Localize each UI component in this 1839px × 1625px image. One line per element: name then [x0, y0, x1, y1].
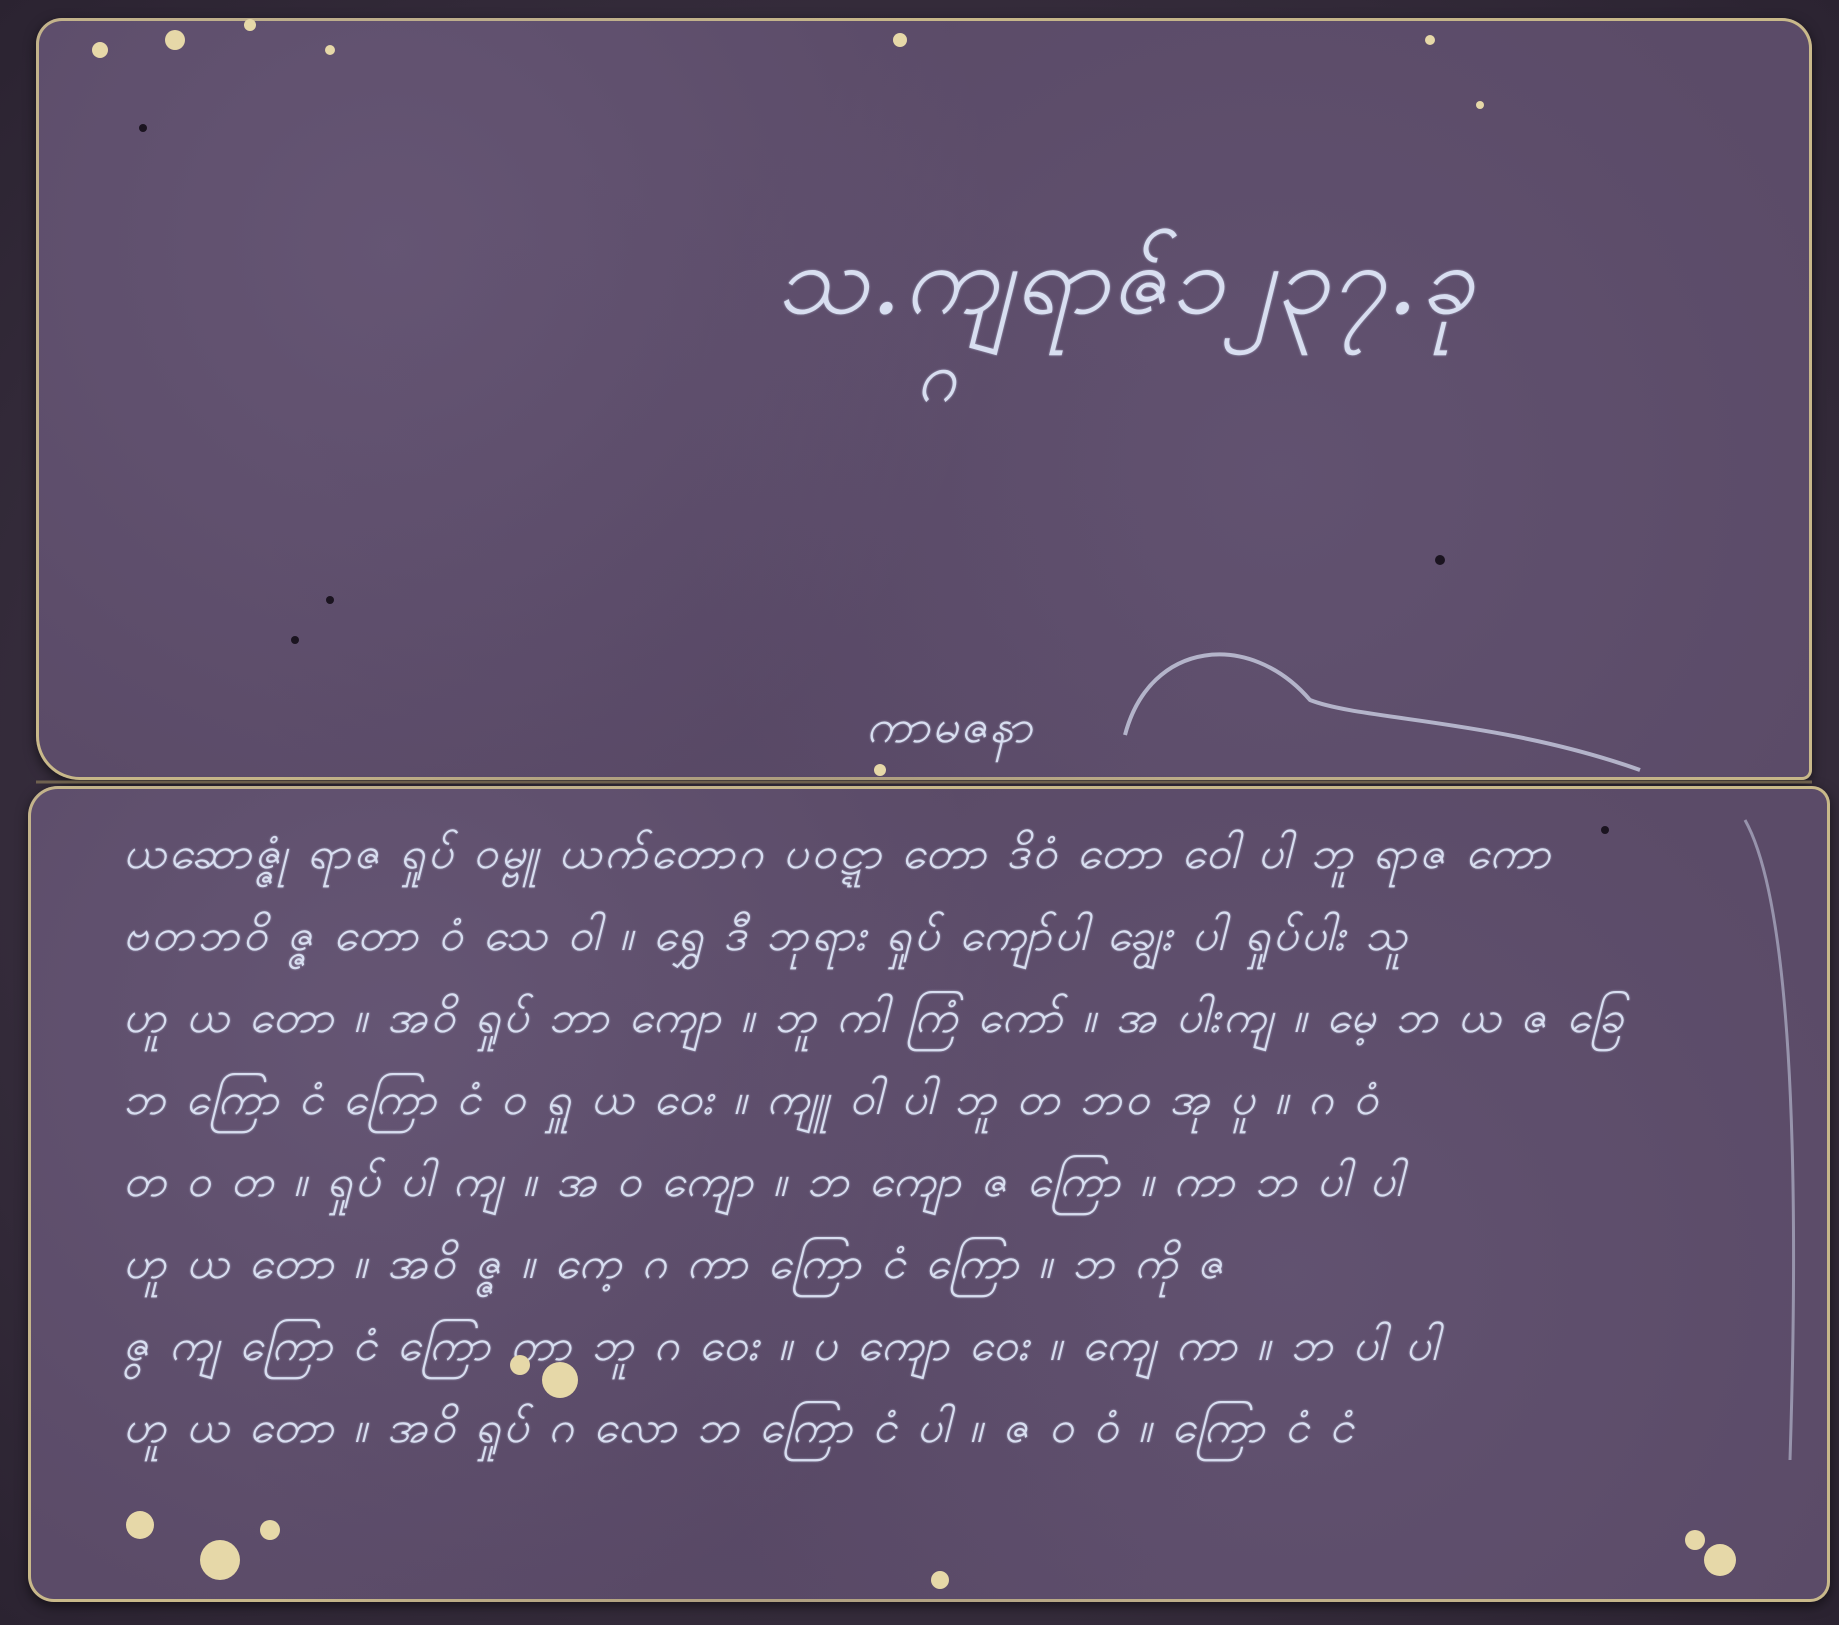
- chalk-strokes-and-wear: [0, 0, 1839, 1625]
